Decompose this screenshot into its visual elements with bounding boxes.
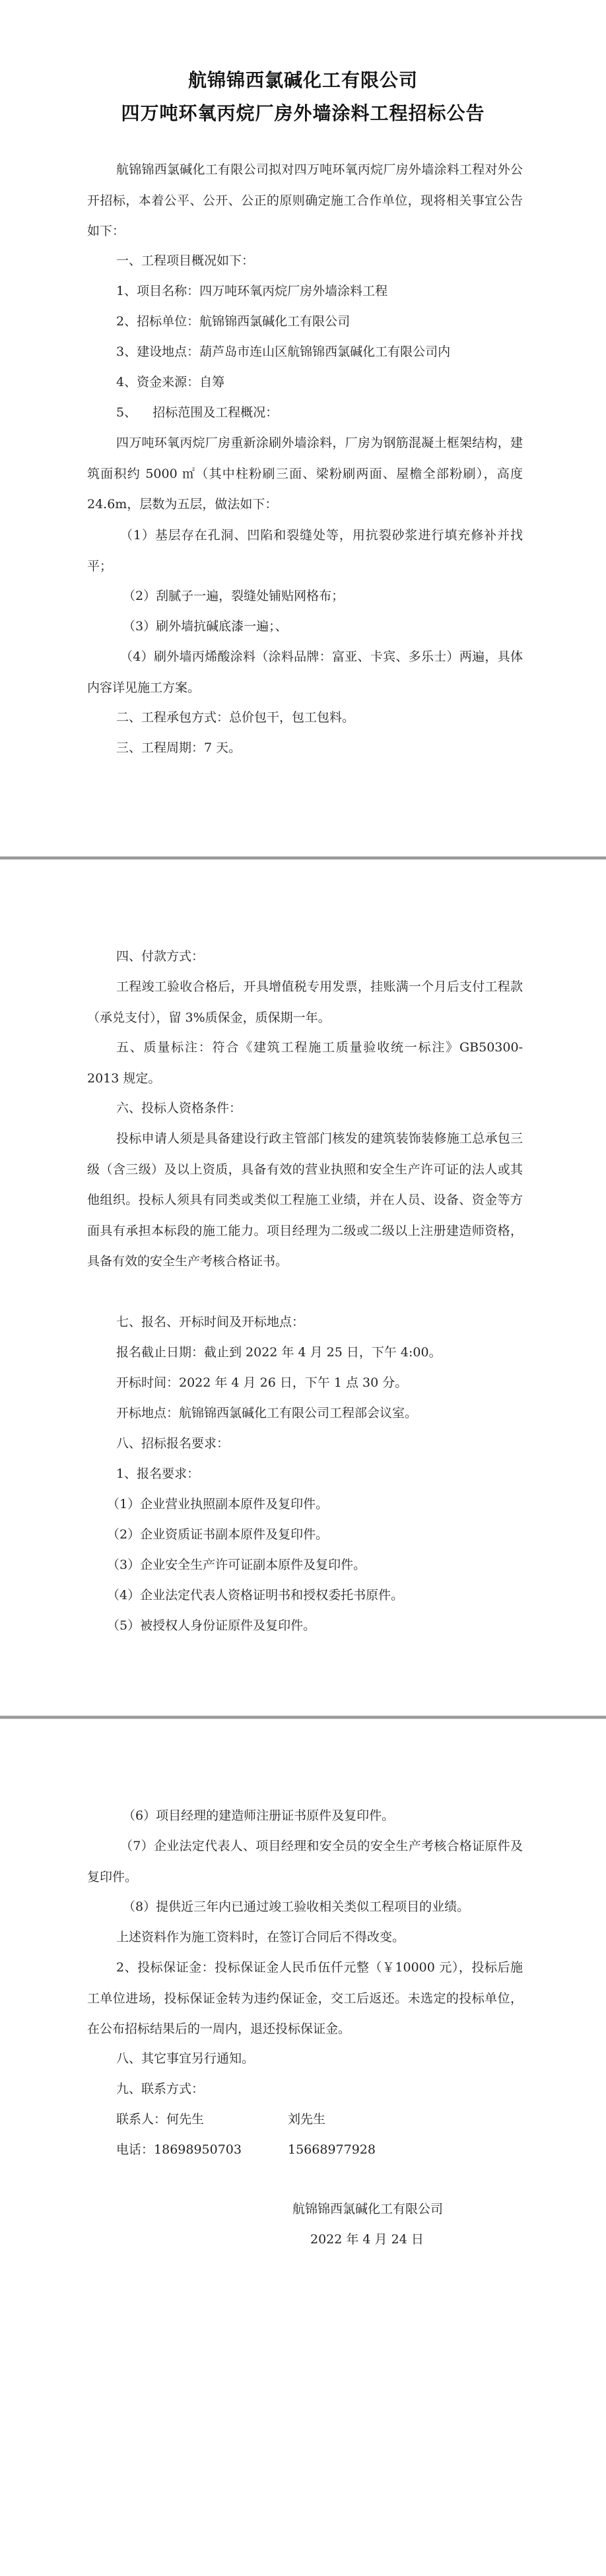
- requirement-5: （5）被授权人身份证原件及复印件。: [107, 1610, 316, 1641]
- step-3: （3）刷外墙抗碱底漆一遍；、: [123, 611, 288, 642]
- requirement-1: （1）企业营业执照副本原件及复印件。: [107, 1489, 328, 1519]
- fund-source: 4、资金来源：自筹: [116, 367, 224, 397]
- section2-contract-mode: 二、工程承包方式：总价包干，包工包料。: [116, 702, 354, 733]
- step-1: （1）基层存在孔洞、凹陷和裂缝处等，用抗裂砂浆进行填充修补并找平；: [87, 520, 523, 581]
- registration-deadline: 报名截止日期：截止到 2022 年 4 月 25 日，下午 4:00。: [116, 1337, 442, 1368]
- page-separator-1: [0, 856, 606, 860]
- step-2: （2）刮腻子一遍，裂缝处铺贴网格布；: [123, 581, 344, 611]
- opening-place: 开标地点：航锦锦西氯碱化工有限公司工程部会议室。: [116, 1398, 417, 1428]
- requirement-3: （3）企业安全生产许可证副本原件及复印件。: [107, 1550, 366, 1580]
- intro-paragraph: 航锦锦西氯碱化工有限公司拟对四万吨环氧丙烷厂房外墙涂料工程对外公开招标，本着公平…: [87, 154, 523, 247]
- signature-date: 2022 年 4 月 24 日: [310, 2229, 424, 2247]
- section7-heading: 七、报名、开标时间及开标地点：: [116, 1307, 304, 1337]
- other-matters: 八、其它事宜另行通知。: [116, 2043, 254, 2074]
- section5-quality: 五、质量标注：符合《建筑工程施工质量验收统一标注》GB50300-2013 规定…: [87, 1032, 523, 1094]
- phone-label: 电话：: [116, 2142, 154, 2157]
- contact2-phone: 15668977928: [288, 2134, 376, 2165]
- project-name: 1、项目名称：四万吨环氧丙烷厂房外墙涂料工程: [116, 276, 387, 306]
- signature-company: 航锦锦西氯碱化工有限公司: [292, 2199, 443, 2217]
- materials-note: 上述资料作为施工资料时，在签订合同后不得改变。: [116, 1922, 405, 1952]
- qualification-paragraph: 投标申请人须是具备建设行政主管部门核发的建筑装饰装修施工总承包三级（含三级）及以…: [87, 1123, 523, 1277]
- section9-heading: 九、联系方式：: [116, 2074, 204, 2104]
- requirement-2: （2）企业资质证书副本原件及复印件。: [107, 1519, 328, 1550]
- requirement-8: （8）提供近三年内已通过竣工验收相关类似工程项目的业绩。: [123, 1892, 469, 1922]
- contact1-phone: 18698950703: [154, 2142, 242, 2157]
- section6-heading: 六、投标人资格条件：: [116, 1093, 242, 1123]
- title-company: 航锦锦西氯碱化工有限公司: [0, 66, 606, 92]
- opening-time: 开标时间：2022 年 4 月 26 日，下午 1 点 30 分。: [116, 1368, 407, 1398]
- section1-heading: 一、工程项目概况如下：: [116, 246, 254, 276]
- payment-paragraph: 工程竣工验收合格后，开具增值税专用发票，挂账满一个月后支付工程款（承兑支付），留…: [87, 972, 523, 1033]
- registration-requirements-heading: 1、报名要求：: [116, 1459, 199, 1489]
- tender-unit: 2、招标单位：航锦锦西氯碱化工有限公司: [116, 306, 350, 337]
- page-3: （6）项目经理的建造师注册证书原件及复印件。 （7）企业法定代表人、项目经理和安…: [0, 1720, 606, 2576]
- step-4: （4）刷外墙丙烯酸涂料（涂料品牌：富亚、卡宾、多乐士）两遍，具体内容详见施工方案…: [87, 642, 523, 703]
- section4-heading: 四、付款方式：: [116, 941, 204, 972]
- page-1: 航锦锦西氯碱化工有限公司 四万吨环氧丙烷厂房外墙涂料工程招标公告 航锦锦西氯碱化…: [0, 0, 606, 855]
- section3-duration: 三、工程周期：7 天。: [116, 733, 241, 763]
- contact-label: 联系人：: [116, 2112, 166, 2127]
- title-project: 四万吨环氧丙烷厂房外墙涂料工程招标公告: [0, 99, 606, 125]
- page-2: 四、付款方式： 工程竣工验收合格后，开具增值税专用发票，挂账满一个月后支付工程款…: [0, 861, 606, 1715]
- contact2-name: 刘先生: [288, 2104, 325, 2134]
- contact-person-row: 联系人：何先生: [116, 2104, 204, 2134]
- scope-heading: 5、 招标范围及工程概况：: [116, 397, 278, 428]
- bid-deposit-paragraph: 2、投标保证金：投标保证金人民币伍仟元整（￥10000 元），投标后施工单位进场…: [87, 1952, 523, 2045]
- phone-row: 电话：18698950703: [116, 2134, 242, 2165]
- section8-heading: 八、招标报名要求：: [116, 1428, 229, 1459]
- requirement-7: （7）企业法定代表人、项目经理和安全员的安全生产考核合格证原件及复印件。: [87, 1831, 523, 1892]
- construction-site: 3、建设地点：葫芦岛市连山区航锦锦西氯碱化工有限公司内: [116, 337, 450, 367]
- scope-paragraph: 四万吨环氧丙烷厂房重新涂刷外墙涂料，厂房为钢筋混凝土框架结构，建筑面积约 500…: [87, 428, 523, 520]
- contact1-name: 何先生: [166, 2112, 204, 2127]
- page-separator-2: [0, 1715, 606, 1719]
- requirement-4: （4）企业法定代表人资格证明书和授权委托书原件。: [107, 1580, 403, 1610]
- requirement-6: （6）项目经理的建造师注册证书原件及复印件。: [123, 1800, 394, 1831]
